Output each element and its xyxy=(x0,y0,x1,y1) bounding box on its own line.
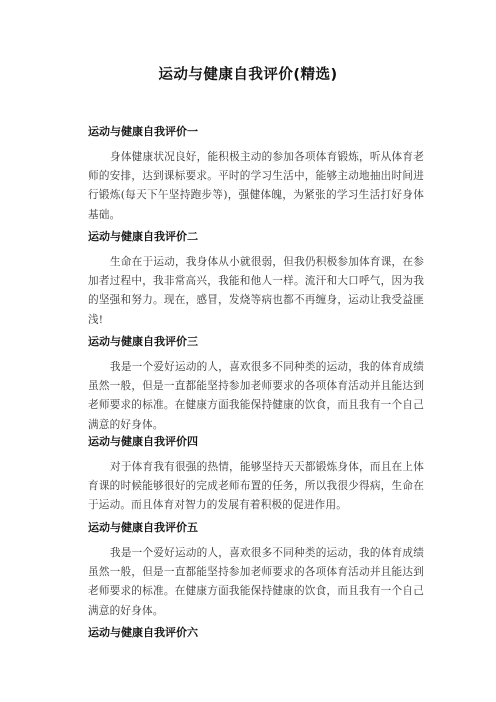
section-5: 运动与健康自我评价五 我是一个爱好运动的人，喜欢很多不同种类的运动，我的体育成绩… xyxy=(88,520,424,621)
section-6: 运动与健康自我评价六 xyxy=(88,625,424,649)
section-3: 运动与健康自我评价三 我是一个爱好运动的人，喜欢很多不同种类的运动，我的体育成绩… xyxy=(88,334,424,435)
section-heading: 运动与健康自我评价五 xyxy=(88,520,424,536)
section-heading: 运动与健康自我评价二 xyxy=(88,229,424,245)
document-title: 运动与健康自我评价(精选) xyxy=(0,63,496,84)
section-body: 身体健康状况良好，能积极主动的参加各项体育锻炼，听从体育老师的安排，达到课标要求… xyxy=(88,148,424,225)
section-heading: 运动与健康自我评价六 xyxy=(88,625,424,641)
document-page: 运动与健康自我评价(精选) 运动与健康自我评价一 身体健康状况良好，能积极主动的… xyxy=(0,0,496,702)
section-4: 运动与健康自我评价四 对于体育我有很强的热情，能够坚持天天都锻炼身体，而且在上体… xyxy=(88,434,424,516)
section-2: 运动与健康自我评价二 生命在于运动，我身体从小就很弱，但我仍积极参加体育课，在参… xyxy=(88,229,424,330)
section-heading: 运动与健康自我评价四 xyxy=(88,434,424,450)
section-body: 生命在于运动，我身体从小就很弱，但我仍积极参加体育课，在参加者过程中，我非常高兴… xyxy=(88,253,424,330)
section-heading: 运动与健康自我评价三 xyxy=(88,334,424,350)
section-body: 对于体育我有很强的热情，能够坚持天天都锻炼身体，而且在上体育课的时候能够很好的完… xyxy=(88,458,424,516)
section-body: 我是一个爱好运动的人，喜欢很多不同种类的运动，我的体育成绩虽然一般，但是一直都能… xyxy=(88,544,424,621)
section-body: 我是一个爱好运动的人，喜欢很多不同种类的运动，我的体育成绩虽然一般，但是一直都能… xyxy=(88,358,424,435)
section-heading: 运动与健康自我评价一 xyxy=(88,124,424,140)
section-1: 运动与健康自我评价一 身体健康状况良好，能积极主动的参加各项体育锻炼，听从体育老… xyxy=(88,124,424,225)
